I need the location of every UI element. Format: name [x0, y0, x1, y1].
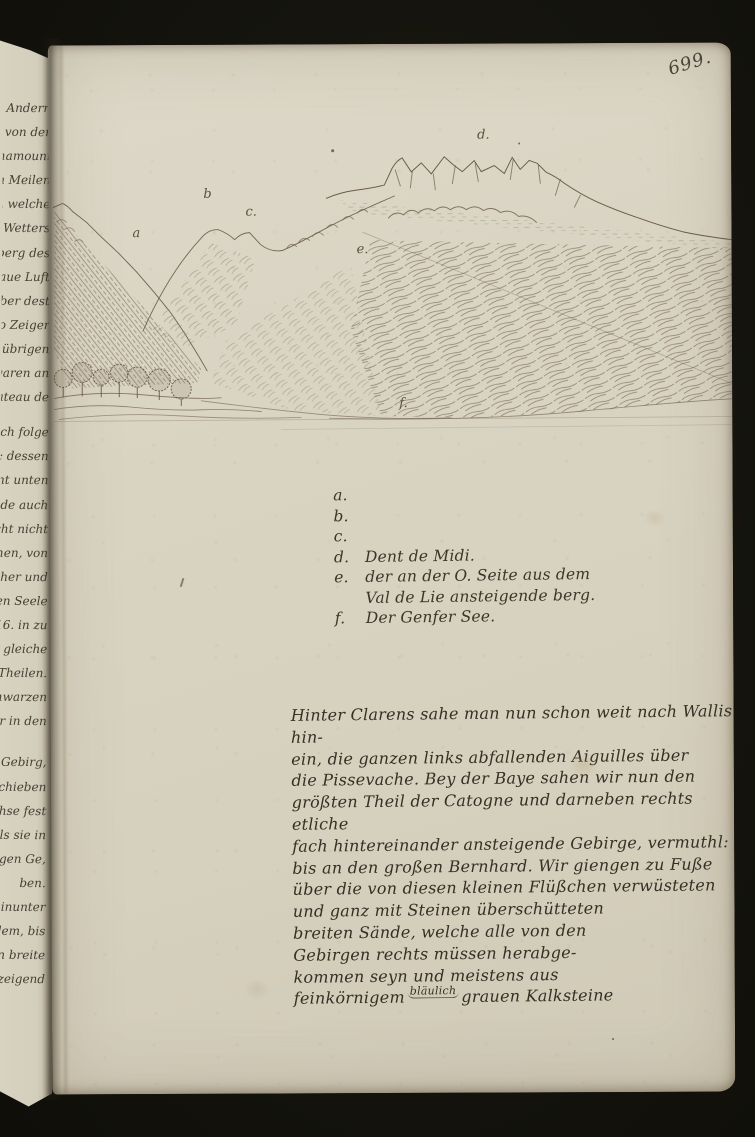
- legend-text: der an der O. Seite aus dem: [365, 564, 590, 587]
- left-page-text-fragment: Geschieben: [0, 774, 50, 798]
- left-page-text-fragment: n des Wetters: [2, 216, 54, 240]
- left-page-text-fragment: waren an: [1, 361, 53, 385]
- legend-text: Val de Lie ansteigende berg.: [365, 584, 595, 608]
- left-page-text-fragment: auf dem, bis: [0, 919, 49, 943]
- left-page-text-fragment: in Meilen: [2, 168, 54, 192]
- journal-paragraph: Hinter Clarens sahe man nun schon weit n…: [291, 700, 736, 1012]
- left-page-text-fragment: blaue Luft: [2, 264, 54, 288]
- legend-row: Val de Lie ansteigende berg.: [334, 584, 595, 608]
- sketch-label-e: e.: [357, 242, 369, 257]
- previous-page-text-column: ten, als Andern Jura von der me Chamouni…: [0, 96, 55, 1004]
- left-page-text-fragment: me Chamouni: [3, 144, 55, 168]
- legend-row: f.Der Genfer See.: [335, 605, 596, 629]
- interlinear-insertion: bläulich: [408, 984, 459, 999]
- left-page-text-fragment: wächse fest: [0, 798, 50, 822]
- legend-label: c.: [334, 526, 365, 547]
- legend-label: b.: [333, 505, 364, 526]
- left-page-text-fragment: steigen Ge,: [0, 847, 50, 871]
- left-page-text-fragment: her in den: [0, 709, 51, 733]
- left-page-text-fragment: n See hinunter: [0, 895, 50, 919]
- sketch-label-f: f.: [398, 396, 408, 411]
- left-page-text-fragment: h schwarzen: [0, 685, 51, 709]
- journal-line: Hinter Clarens sahe man nun schon weit n…: [291, 700, 736, 748]
- left-page-text-fragment: nn breite: [0, 943, 49, 967]
- left-page-text-fragment: der gleiche: [0, 637, 51, 661]
- left-page-text-fragment: die übrigen: [1, 337, 53, 361]
- left-page-text-fragment: NCK zeigend: [0, 967, 49, 991]
- ink-speck: [518, 142, 520, 144]
- left-page-text-fragment: n öde auch: [0, 492, 52, 516]
- legend-label: e.: [334, 567, 365, 588]
- right-slope-hatching: [211, 230, 736, 418]
- left-page-text-fragment: b auch folge: [1, 420, 53, 444]
- legend-text: Der Genfer See.: [366, 606, 496, 628]
- left-page-text-fragment: Theilen.: [0, 661, 51, 685]
- stray-pen-mark: [180, 578, 184, 587]
- legend-label: a.: [333, 485, 364, 506]
- legend-label: d.: [334, 546, 365, 567]
- left-page-text-fragment: höhen, von: [0, 541, 52, 565]
- left-page-text-fragment: aber dest: [2, 289, 54, 313]
- left-page-text-fragment: ben.: [0, 871, 50, 895]
- ink-speck: [331, 149, 334, 152]
- left-page-text-fragment: berg des: [2, 240, 54, 264]
- sketch-label-b: b: [203, 187, 211, 202]
- left-page-text-fragment: rg als sie in: [0, 823, 50, 847]
- legend-label: f.: [335, 608, 366, 629]
- left-page-text-fragment: mann; dessen: [1, 444, 53, 468]
- left-page-text-fragment: feucht nicht: [0, 516, 52, 540]
- journal-line-post: grauen Kalksteine: [461, 986, 613, 1007]
- sketch-label-a: a: [133, 226, 141, 241]
- left-page-text-fragment: tagent unten: [0, 468, 52, 492]
- journal-line: größten Theil der Catogne und darneben r…: [292, 787, 736, 835]
- landscape-sketch: a b c. d. e. f.: [50, 98, 735, 433]
- left-page-text-fragment: oben Seele: [0, 589, 52, 613]
- sketch-label-c: c.: [245, 205, 256, 220]
- sketch-legend: a. b. c. d.Dent de Midi. e.der an der O.…: [333, 482, 596, 629]
- left-page-text-fragment: hohen Gebirg,: [0, 750, 51, 774]
- dent-du-midi-massif: [326, 155, 735, 252]
- previous-page-edge: ten, als Andern Jura von der me Chamouni…: [0, 34, 52, 1114]
- left-page-text-fragment: ateau de: [1, 385, 53, 409]
- left-page-text-fragment: ßen, welche: [2, 192, 54, 216]
- paper-stain: [644, 509, 666, 527]
- left-page-text-fragment: o Zeiger: [1, 313, 53, 337]
- sketch-label-d: d.: [477, 128, 490, 143]
- manuscript-scan: ten, als Andern Jura von der me Chamouni…: [0, 0, 755, 1137]
- legend-text: Dent de Midi.: [365, 545, 475, 567]
- left-page-text-fragment: 316. in zu: [0, 613, 52, 637]
- journal-line-pre: feinkörnigem: [294, 988, 405, 1008]
- ink-speck: [612, 1038, 614, 1040]
- left-page-text-fragment: stlicher und: [0, 565, 52, 589]
- manuscript-page: 699.: [48, 43, 736, 1095]
- folio-number: 699.: [666, 47, 714, 80]
- journal-line-with-insertion: feinkörnigembläulichgrauen Kalksteine: [294, 983, 736, 1012]
- paper-stain: [244, 979, 270, 1001]
- legend-label: [334, 587, 365, 608]
